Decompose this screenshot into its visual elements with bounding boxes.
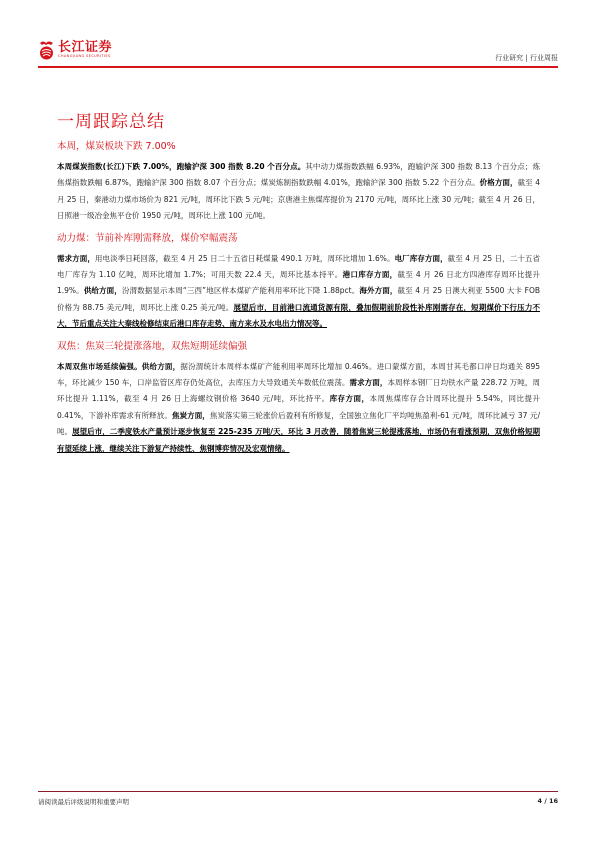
section-heading-weekly: 本周，煤炭板块下跌 7.00% <box>57 138 540 152</box>
bold-run: 海外方面， <box>359 286 397 295</box>
bold-run: 焦炭方面， <box>172 411 210 420</box>
footer-divider <box>38 791 558 792</box>
section-paragraph-coking-coal: 本周双焦市场延续偏强。供给方面，据汾渭统计本周样本煤矿产能利用率周环比增加 0.… <box>57 359 540 457</box>
page-header: 长江证券 CHANGJIANG SECURITIES 行业研究 | 行业周报 <box>38 40 558 66</box>
footer-disclaimer: 请阅读最后评级说明和重要声明 <box>38 797 129 806</box>
logo-name-en: CHANGJIANG SECURITIES <box>58 55 112 59</box>
bold-run: 本周双焦市场延续偏强。供给方面， <box>57 362 180 371</box>
bold-run: 价格方面， <box>480 178 518 187</box>
page-number: 4 / 16 <box>538 797 558 805</box>
section-paragraph-thermal-coal: 需求方面，用电淡季日耗回落，截至 4 月 25 日二十五省日耗煤量 490.1 … <box>57 251 540 333</box>
page-title: 一周跟踪总结 <box>57 107 540 132</box>
section-heading-coking-coal: 双焦：焦炭三轮提涨落地，双焦短期延续偏强 <box>57 338 540 352</box>
bold-run: 库存方面， <box>330 394 370 403</box>
report-category: 行业研究 | 行业周报 <box>495 53 558 63</box>
section-paragraph-weekly: 本周煤炭指数(长江)下跌 7.00%，跑输沪深 300 指数 8.20 个百分点… <box>57 159 540 225</box>
bold-run: 供给方面， <box>84 286 122 295</box>
bold-run: 需求方面， <box>350 378 388 387</box>
dragon-logo-icon <box>38 40 55 60</box>
brand-logo: 长江证券 CHANGJIANG SECURITIES <box>38 40 112 60</box>
logo-name-cn: 长江证券 <box>58 41 112 54</box>
bold-run: 本周煤炭指数(长江)下跌 7.00%，跑输沪深 300 指数 8.20 个百分点… <box>57 162 305 171</box>
text-run: 汾渭数据显示本周“三西”地区样本煤矿产能利用率环比下降 1.88pct。 <box>122 286 359 295</box>
bold-run: 电厂库存方面， <box>395 254 448 263</box>
outlook-underlined-run: 展望后市，二季度铁水产量预计逐步恢复至 225-235 万吨/天，环比 3 月改… <box>57 427 540 452</box>
bold-run: 港口库存方面， <box>343 270 398 279</box>
section-heading-thermal-coal: 动力煤：节前补库刚需释放，煤价窄幅震荡 <box>57 230 540 244</box>
text-run: 用电淡季日耗回落，截至 4 月 25 日二十五省日耗煤量 490.1 万吨，周环… <box>95 254 395 263</box>
bold-run: 需求方面， <box>57 254 95 263</box>
report-body: 一周跟踪总结 本周，煤炭板块下跌 7.00% 本周煤炭指数(长江)下跌 7.00… <box>57 107 540 462</box>
header-divider <box>38 66 558 68</box>
